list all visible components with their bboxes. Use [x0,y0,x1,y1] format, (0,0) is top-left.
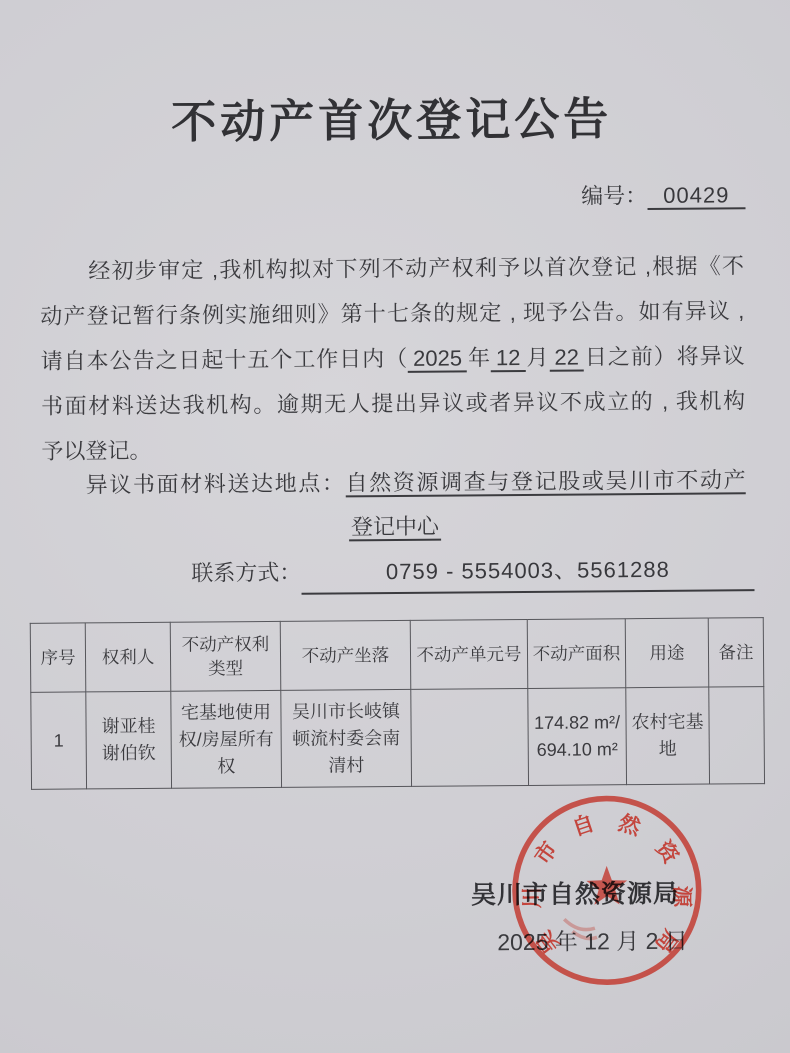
seq-cell: 1 [31,692,87,789]
contact-value: 0759 - 5554003、5561288 [301,549,754,595]
seal-inner-marks [564,919,597,939]
column-header-remark: 备注 [708,618,764,687]
contact-label: 联系方式： [191,553,301,594]
svg-text:市: 市 [530,837,562,868]
address-value-continued: 登记中心 [349,514,441,542]
star-icon [586,866,627,905]
body-paragraph: 经初步审定 ,我机构拟对下列不动产权利予以首次登记 ,根据《不 动产登记暂行条例… [40,243,746,474]
column-header-area: 不动产面积 [527,619,626,689]
deadline-day: 22 [549,345,584,372]
contact-line: 联系方式： 0759 - 5554003、5561288 [191,549,754,595]
area-value-2: 694.10 m² [532,736,623,764]
address-value: 自然资源调查与登记股或吴川市不动产 [345,467,745,497]
column-header-unit-no: 不动产单元号 [410,619,528,689]
svg-text:源: 源 [670,886,694,908]
month-unit: 月 [525,345,549,370]
unit-no-cell [411,688,529,786]
body-line-1: 经初步审定 ,我机构拟对下列不动产权利予以首次登记 ,根据《不 [40,243,744,294]
column-header-location: 不动产坐落 [280,620,411,690]
column-header-right-type: 不动产权利类型 [170,621,281,691]
usage-cell: 农村宅基地 [626,687,710,785]
page-title: 不动产首次登记公告 [0,81,787,152]
address-line-2: 登记中心 [0,503,790,551]
deadline-year: 2025 [408,345,467,372]
remark-cell [709,687,765,784]
body-line-4: 书面材料送达我机构。逾期无人提出异议或者异议不成立的 , 我机构 [41,378,745,429]
body-line-3-pre: 请自本公告之日起十五个工作日内（ [41,346,409,374]
area-value-1: 174.82 m²/ [531,709,622,737]
location-cell: 吴川市长岐镇顿流村委会南清村 [281,689,412,787]
holder-name-1: 谢亚桂 [89,713,167,741]
column-header-holder: 权利人 [85,622,171,692]
doc-number: 编号：00429 [581,178,745,210]
svg-text:自: 自 [569,811,597,841]
announcement-document: 不动产首次登记公告 编号：00429 经初步审定 ,我机构拟对下列不动产权利予以… [0,0,790,1053]
holder-cell: 谢亚桂谢伯钦 [86,691,172,789]
holder-name-2: 谢伯钦 [90,740,168,768]
svg-text:然: 然 [616,810,645,840]
svg-text:资: 资 [651,836,684,868]
doc-number-label: 编号： [581,183,647,209]
doc-number-value: 00429 [647,182,745,210]
deadline-month: 12 [491,345,526,372]
registration-table: 序号 权利人 不动产权利类型 不动产坐落 不动产单元号 不动产面积 用途 备注 … [30,617,765,790]
right-type-cell: 宅基地使用权/房屋所有权 [171,690,282,788]
body-line-3: 请自本公告之日起十五个工作日内（2025年12月22日之前）将异议 [41,333,745,384]
table-row: 1 谢亚桂谢伯钦 宅基地使用权/房屋所有权 吴川市长岐镇顿流村委会南清村 174… [31,687,765,790]
body-line-2: 动产登记暂行条例实施细则》第十七条的规定 , 现予公告。如有异议 , [40,288,744,339]
area-cell: 174.82 m²/694.10 m² [528,688,627,786]
address-label: 异议书面材料送达地点： [86,470,346,497]
body-line-3-post: 日之前）将异议 [584,343,745,369]
column-header-seq: 序号 [30,623,86,692]
column-header-usage: 用途 [625,618,709,688]
table-header-row: 序号 权利人 不动产权利类型 不动产坐落 不动产单元号 不动产面积 用途 备注 [30,618,764,693]
address-line: 异议书面材料送达地点：自然资源调查与登记股或吴川市不动产 [42,459,746,507]
photographed-paper: 不动产首次登记公告 编号：00429 经初步审定 ,我机构拟对下列不动产权利予以… [0,0,790,1053]
svg-text:川: 川 [520,887,544,909]
year-unit: 年 [467,345,491,370]
official-seal-stamp: 吴 川 市 自 然 资 源 局 [504,788,710,994]
